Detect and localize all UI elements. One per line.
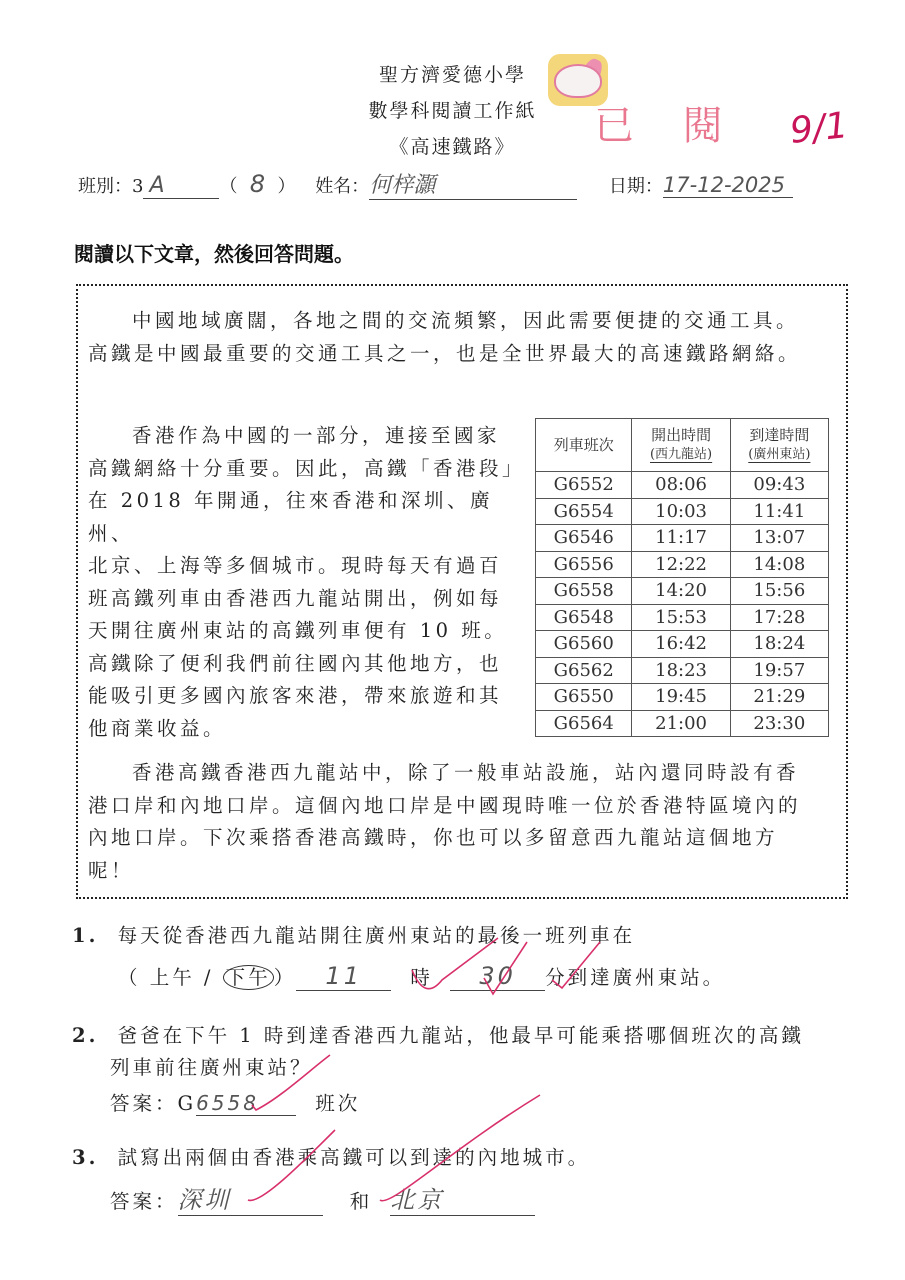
name-field[interactable]: 何梓灝 bbox=[369, 168, 577, 200]
para2-line: 他商業收益。 bbox=[88, 713, 528, 746]
table-row: G655410:0311:41 bbox=[536, 498, 829, 525]
date-label: 日期： bbox=[609, 176, 663, 197]
score-mark: 9/1 bbox=[788, 105, 850, 152]
question-number: 1. bbox=[72, 924, 98, 947]
student-info-row: 班別：3A（8） 姓名：何梓灝 日期：17-12-2025 bbox=[78, 168, 793, 200]
question-number: 2. bbox=[72, 1024, 98, 1047]
header-train: 列車班次 bbox=[536, 419, 632, 472]
para2-line: 班高鐵列車由香港西九龍站開出，例如每 bbox=[88, 583, 528, 616]
number-open: （ bbox=[219, 176, 237, 197]
para2-line: 天開往廣州東站的高鐵列車便有 10 班。 bbox=[88, 615, 528, 648]
table-row: G656218:2319:57 bbox=[536, 657, 829, 684]
school-name: 聖方濟愛德小學 bbox=[0, 60, 905, 87]
para2-line: 高鐵除了便利我們前往國內其他地方，也 bbox=[88, 648, 528, 681]
question-2: 2. 爸爸在下午 1 時到達香港西九龍站，他最早可能乘搭哪個班次的高鐵 bbox=[72, 1020, 804, 1048]
para2-line: 北京、上海等多個城市。現時每天有過百 bbox=[88, 550, 528, 583]
para2-line: 能吸引更多國內旅客來港，帶來旅遊和其 bbox=[88, 680, 528, 713]
check-mark-icon bbox=[180, 930, 680, 1000]
table-row: G655019:4521:29 bbox=[536, 684, 829, 711]
para2-line: 在 2018 年開通，往來香港和深圳、廣州、 bbox=[88, 485, 528, 550]
para2-line: 高鐵網絡十分重要。因此，高鐵「香港段」 bbox=[88, 453, 528, 486]
worksheet-topic: 《高速鐵路》 bbox=[0, 132, 905, 159]
timetable-header-row: 列車班次 開出時間(西九龍站) 到達時間(廣州東站) bbox=[536, 419, 829, 472]
table-row: G654815:5317:28 bbox=[536, 604, 829, 631]
table-row: G656421:0023:30 bbox=[536, 710, 829, 737]
question-number: 3. bbox=[72, 1146, 98, 1169]
header-depart: 開出時間(西九龍站) bbox=[632, 419, 730, 472]
header-arrive: 到達時間(廣州東站) bbox=[730, 419, 828, 472]
article-paragraph-2: 香港作為中國的一部分，連接至國家 高鐵網絡十分重要。因此，高鐵「香港段」 在 2… bbox=[88, 420, 528, 745]
table-row: G655612:2214:08 bbox=[536, 551, 829, 578]
check-mark-icon bbox=[230, 1090, 570, 1220]
question-text: 爸爸在下午 1 時到達香港西九龍站，他最早可能乘搭哪個班次的高鐵 bbox=[118, 1024, 804, 1047]
number-close: ） bbox=[277, 176, 295, 197]
answer-label: 答案： bbox=[110, 1190, 178, 1213]
class-field[interactable]: A bbox=[143, 173, 219, 199]
article-paragraph-1: 中國地域廣闊，各地之間的交流頻繁，因此需要便捷的交通工具。高鐵是中國最重要的交通… bbox=[88, 305, 818, 370]
class-label: 班別：3 bbox=[78, 176, 143, 197]
instruction-heading: 閱讀以下文章，然後回答問題。 bbox=[74, 238, 354, 267]
table-row: G656016:4218:24 bbox=[536, 631, 829, 658]
class-number-field[interactable]: 8 bbox=[237, 170, 277, 198]
table-row: G655814:2015:56 bbox=[536, 578, 829, 605]
table-row: G655208:0609:43 bbox=[536, 472, 829, 499]
read-stamp: 已 閱 bbox=[594, 94, 741, 151]
para2-line: 香港作為中國的一部分，連接至國家 bbox=[88, 420, 528, 453]
train-timetable: 列車班次 開出時間(西九龍站) 到達時間(廣州東站) G655208:0609:… bbox=[535, 418, 829, 737]
date-field[interactable]: 17-12-2025 bbox=[663, 173, 793, 198]
worksheet-subject: 數學科閱讀工作紙 bbox=[0, 96, 905, 123]
article-paragraph-3: 香港高鐵香港西九龍站中，除了一般車站設施，站內還同時設有香港口岸和內地口岸。這個… bbox=[88, 757, 818, 887]
name-label: 姓名： bbox=[315, 176, 369, 197]
table-row: G654611:1713:07 bbox=[536, 525, 829, 552]
